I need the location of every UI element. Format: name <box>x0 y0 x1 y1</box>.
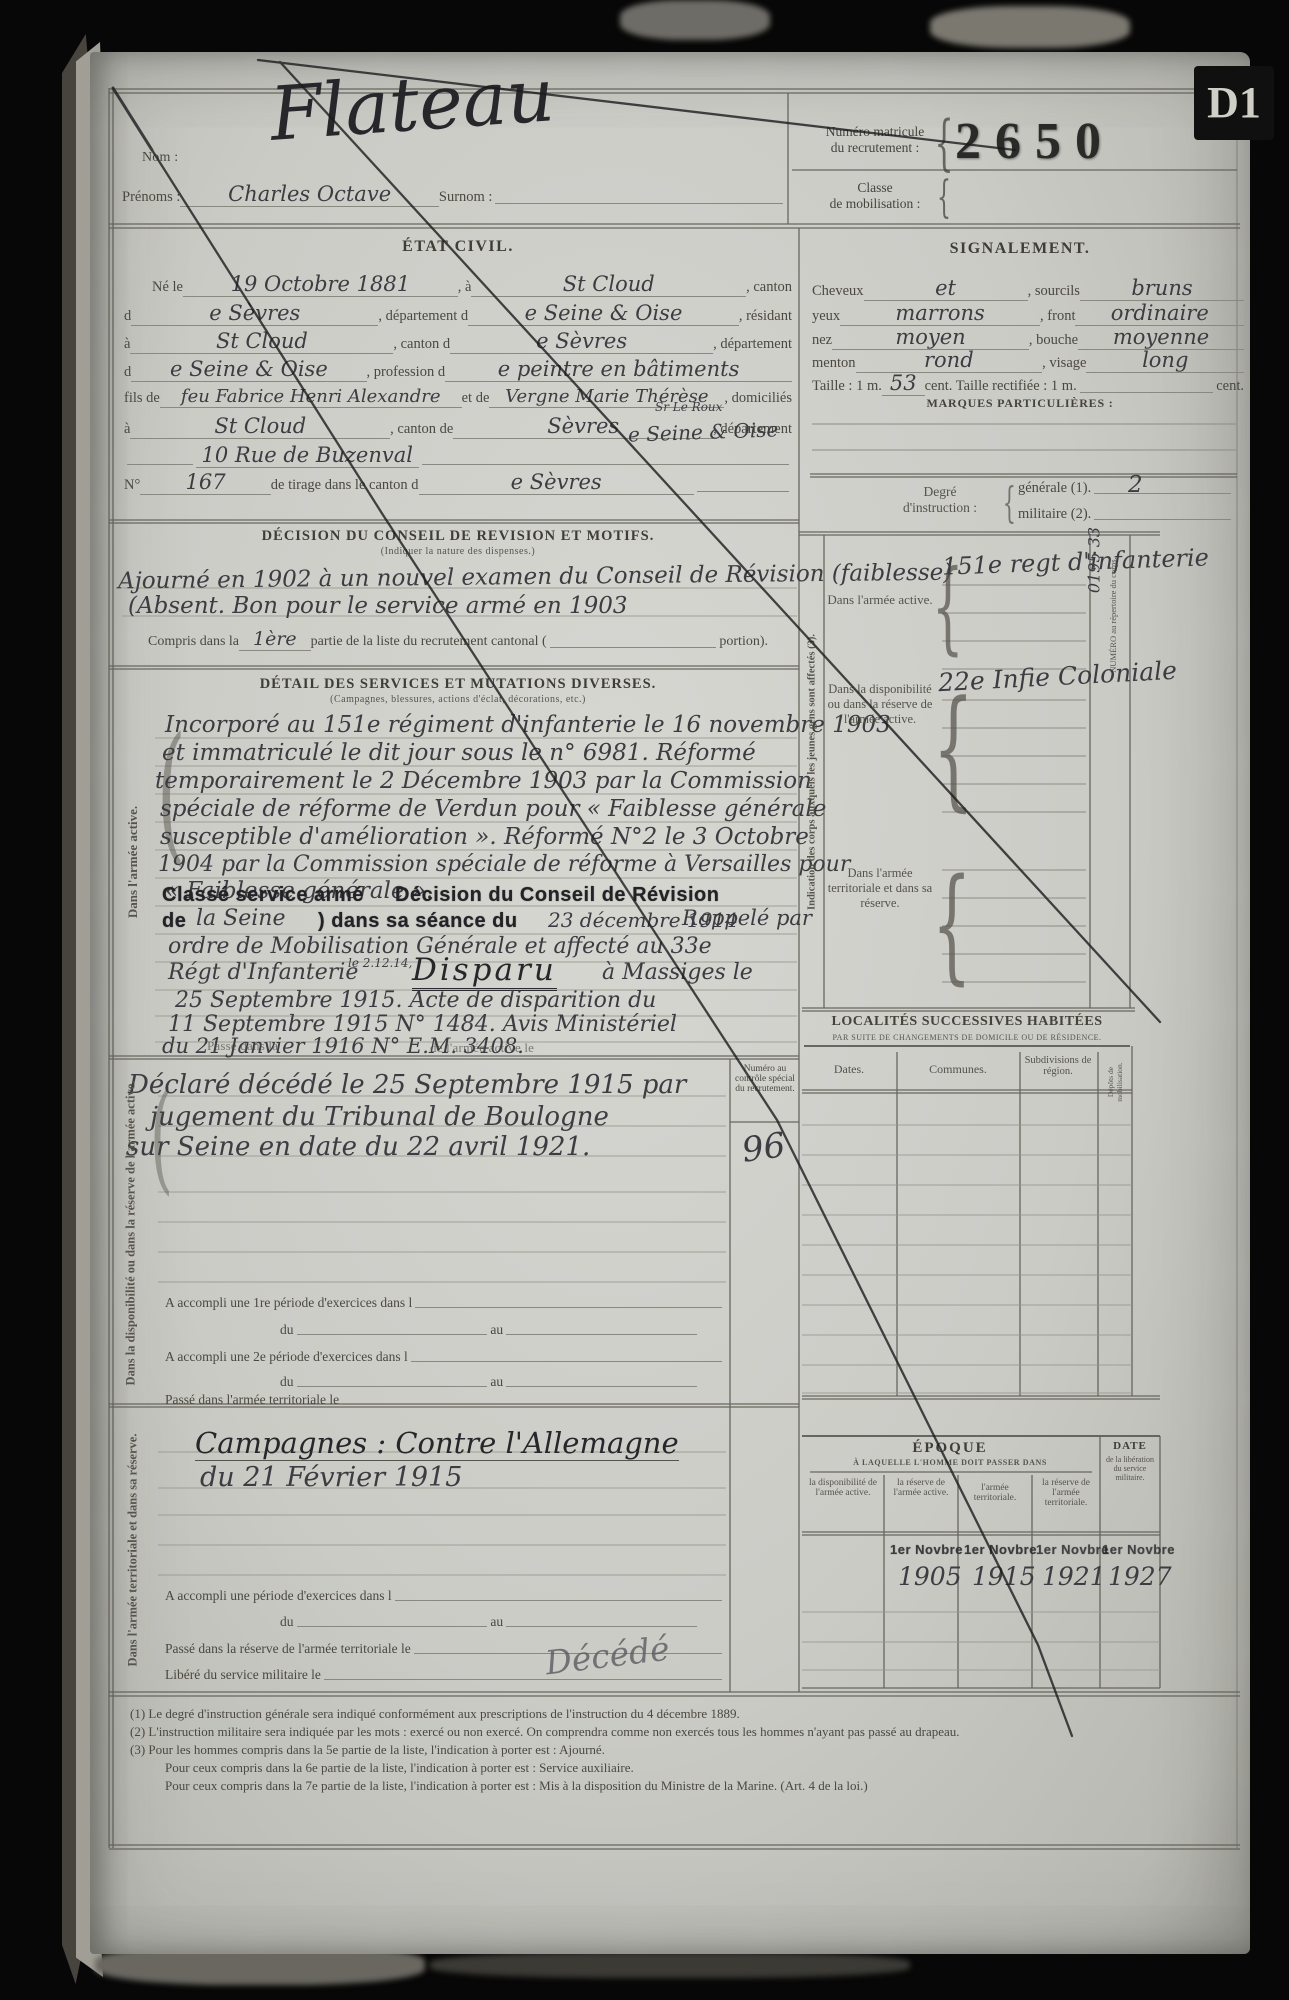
du-label: du <box>280 1374 294 1390</box>
street-blank <box>422 464 789 465</box>
degre-militaire-label: militaire (2). <box>1018 506 1091 523</box>
regiment-note: le 2.12.14, <box>348 956 412 970</box>
birth-date: 19 Octobre 1881 <box>183 272 458 297</box>
street-row: 10 Rue de Buzenval <box>124 443 792 468</box>
departement-value: e Seine & Oise <box>468 301 739 326</box>
epoque-title: ÉPOQUE <box>830 1440 1070 1457</box>
passe-reserve-label: Passé dans la réserve de l'armée territo… <box>165 1641 411 1657</box>
margin-disponibilite: Dans la disponibilité ou dans la réserve… <box>124 1068 139 1398</box>
departement-value: e Seine & Oise <box>131 357 366 382</box>
controle-special-value: 96 <box>739 1125 787 1171</box>
localites-col-communes: Communes. <box>899 1062 1017 1077</box>
novembre-stamp-2: 1er Novbre <box>964 1542 1037 1557</box>
footnote-4: Pour ceux compris dans la 6e partie de l… <box>165 1760 634 1776</box>
periode-2-dates-row: du au <box>280 1374 700 1390</box>
periode-2-row: A accompli une 2e période d'exercices da… <box>165 1349 725 1365</box>
cent-label: cent. <box>1216 378 1244 395</box>
regiment-line: Régt d'Infanterie <box>168 960 358 985</box>
periode-1-row: A accompli une 1re période d'exercices d… <box>165 1295 725 1311</box>
domicile-value: St Cloud <box>130 414 390 439</box>
localites-col-depots: Dépôts de mobilisation. <box>1106 1052 1124 1112</box>
menton-value: rond <box>856 348 1043 373</box>
du-label: du <box>280 1322 294 1338</box>
compris-value: 1ère <box>239 628 311 651</box>
passe-armee-active-label-1: Passé dans la <box>207 1038 278 1054</box>
degre-label: Degréd'instruction : <box>880 484 1000 516</box>
passage-year-1915: 1915 <box>972 1562 1036 1591</box>
date-liberation-subtitle: de la libération du service militaire. <box>1103 1455 1157 1482</box>
nez-value: moyen <box>832 325 1029 350</box>
du-blank <box>297 1626 488 1627</box>
departement-note: Sr Le Roux <box>655 400 722 414</box>
canton-label: , canton de <box>390 421 453 438</box>
margin-territoriale: Dans l'armée territoriale et dans sa rés… <box>126 1415 141 1685</box>
classe-service-arme-stamp: Classé service armé <box>162 884 364 907</box>
numero-label: N° <box>124 477 140 494</box>
ne-le-label: Né le <box>152 279 183 296</box>
du-label: du <box>280 1614 294 1630</box>
periode-2-blank <box>411 1361 722 1362</box>
services-line-1: Incorporé au 151e régiment d'infanterie … <box>165 712 891 738</box>
decision-subtitle: (Indiquer la nature des dispenses.) <box>258 546 658 557</box>
taille-rectifiee-blank <box>1080 392 1214 393</box>
d-label: d <box>124 364 131 381</box>
d-label: d <box>124 308 131 325</box>
novembre-stamp-1: 1er Novbre <box>890 1542 963 1557</box>
tirage-row: N° 167 de tirage dans le canton d e Sèvr… <box>124 470 792 495</box>
canton-row: d e Sèvres , département d e Seine & Ois… <box>124 301 792 326</box>
prenoms-label: Prénoms : <box>122 189 180 206</box>
canton-label: , canton d <box>393 336 450 353</box>
detail-title: DÉTAIL DES SERVICES ET MUTATIONS DIVERSE… <box>158 676 758 693</box>
disparu-word: Disparu <box>412 952 557 991</box>
yeux-label: yeux <box>812 308 840 325</box>
menton-label: menton <box>812 355 856 372</box>
epoque-col-3: l'armée territoriale. <box>960 1483 1030 1503</box>
etat-civil-title: ÉTAT CIVIL. <box>308 238 608 256</box>
au-blank <box>506 1626 697 1627</box>
street-blank <box>127 464 193 465</box>
birth-row: Né le 19 Octobre 1881 , à St Cloud , can… <box>152 272 792 297</box>
marques-label: MARQUES PARTICULIÈRES : <box>860 396 1180 411</box>
liberation-year-1927: 1927 <box>1108 1562 1172 1591</box>
controle-special-label: Numéro au contrôle spécial du recrutemen… <box>733 1064 797 1094</box>
localites-col-dates: Dates. <box>804 1062 894 1077</box>
et-de-label: et de <box>462 390 490 407</box>
epoque-col-4: la réserve de l'armée territoriale. <box>1034 1478 1098 1508</box>
localites-col-subdivisions: Subdivisions de région. <box>1020 1055 1096 1077</box>
au-blank <box>506 1334 697 1335</box>
residence-value: St Cloud <box>130 329 393 354</box>
yeux-row: yeux marrons , front ordinaire <box>812 301 1244 326</box>
footnote-2: (2) L'instruction militaire sera indiqué… <box>130 1724 960 1740</box>
campagne-dates-row: du au <box>280 1614 700 1630</box>
departement-label: , département d <box>378 308 468 325</box>
massiges-line: à Massiges le <box>602 960 753 985</box>
margin-armee-active: Dans l'armée active. <box>125 682 141 1042</box>
libere-label: Libéré du service militaire le <box>165 1667 321 1683</box>
au-blank <box>506 1386 697 1387</box>
departement-label: , département <box>713 336 792 353</box>
seine-value: la Seine <box>196 906 285 931</box>
canton-label: , canton <box>746 279 792 296</box>
decision-line-2: (Absent. Bon pour le service armé en 190… <box>128 593 628 619</box>
degre-generale-value: 2 <box>1128 472 1143 498</box>
degre-militaire-row: militaire (2). <box>1018 506 1234 523</box>
footnote-3: (3) Pour les hommes compris dans la 5e p… <box>130 1742 605 1758</box>
passe-territoriale-label: Passé dans l'armée territoriale le <box>165 1392 339 1408</box>
compris-row: Compris dans la 1ère partie de la liste … <box>148 628 768 651</box>
periode-1-dates-row: du au <box>280 1322 700 1338</box>
services-line-4: spéciale de réforme de Verdun pour « Fai… <box>160 796 826 822</box>
tirage-label: de tirage dans le canton d <box>271 477 419 494</box>
services-line-6: 1904 par la Commission spéciale de réfor… <box>158 852 850 877</box>
corps-side-note: Indication des corps auxquels les jeunes… <box>807 537 818 1007</box>
compris-mid-label: partie de la liste du recrutement canton… <box>311 634 547 650</box>
passe-territoriale-row: Passé dans l'armée territoriale le <box>165 1392 725 1408</box>
bouche-label: , bouche <box>1029 332 1078 349</box>
canton-value: e Sèvres <box>450 329 713 354</box>
campagne-periode-blank <box>395 1600 722 1601</box>
domicilies-label: , domiciliés <box>724 390 792 407</box>
surnom-label: Surnom : <box>439 189 493 206</box>
residence-row: à St Cloud , canton d e Sèvres , départe… <box>124 329 792 354</box>
services-line-2: et immatriculé le dit jour sous le n° 69… <box>162 740 756 766</box>
degre-generale-blank <box>1094 493 1231 494</box>
street-value: 10 Rue de Buzenval <box>196 443 419 468</box>
territoriale-brace: { <box>932 852 972 997</box>
passage-year-1921: 1921 <box>1042 1562 1106 1591</box>
campagnes-line-2: du 21 Février 1915 <box>200 1462 462 1493</box>
sourcils-label: , sourcils <box>1028 283 1080 300</box>
register-corner-label: D1 <box>1194 66 1274 140</box>
matricule-brace: { <box>935 108 954 178</box>
cheveux-row: Cheveux et , sourcils bruns <box>812 276 1244 301</box>
surnom-blank <box>495 203 783 204</box>
disponibilite-row-label: Dans la disponibilité ou dans la réserve… <box>826 682 934 727</box>
prenoms-row: Prénoms : Charles Octave Surnom : <box>122 182 786 207</box>
tirage-canton: e Sèvres <box>419 470 694 495</box>
taille-label: Taille : 1 m. <box>812 378 882 395</box>
periode-2-label: A accompli une 2e période d'exercices da… <box>165 1349 408 1365</box>
deces-line-2: jugement du Tribunal de Boulogne <box>150 1102 609 1132</box>
services-line-3: temporairement le 2 Décembre 1903 par la… <box>155 768 812 794</box>
profession-label: , profession d <box>367 364 446 381</box>
au-label: au <box>490 1374 503 1390</box>
localites-title: LOCALITÉS SUCCESSIVES HABITÉES <box>812 1014 1122 1030</box>
disparition-date-line: 25 Septembre 1915. Acte de disparition d… <box>175 988 656 1013</box>
cheveux-value: et <box>864 276 1028 301</box>
du-blank <box>297 1386 488 1387</box>
visage-label: , visage <box>1042 355 1086 372</box>
territoriale-row-label: Dans l'armée territoriale et dans sa rés… <box>826 866 934 911</box>
degre-generale-label: générale (1). <box>1018 480 1091 497</box>
du-blank <box>297 1334 488 1335</box>
campagne-periode-label: A accompli une période d'exercices dans … <box>165 1588 392 1604</box>
sourcils-value: bruns <box>1080 276 1244 301</box>
passe-armee-active-label-2: de l'armée active le <box>430 1040 534 1056</box>
matricule-value: 2650 <box>955 112 1115 171</box>
au-label: au <box>490 1322 503 1338</box>
a-label: , à <box>458 279 472 296</box>
novembre-stamp-3: 1er Novbre <box>1036 1542 1109 1557</box>
nez-label: nez <box>812 332 832 349</box>
date-liberation-title: DATE <box>1102 1440 1158 1452</box>
conseil-revision-stamp: Décision du Conseil de Révision <box>395 884 719 907</box>
profession-row: d e Seine & Oise , profession d e peintr… <box>124 357 792 382</box>
profession-value: e peintre en bâtiments <box>445 357 792 382</box>
signalement-title: SIGNALEMENT. <box>880 240 1160 258</box>
cheveux-label: Cheveux <box>812 283 864 300</box>
bouche-value: moyenne <box>1078 325 1244 350</box>
campagnes-line-1: Campagnes : Contre l'Allemagne <box>195 1426 679 1461</box>
classe-label: Classede mobilisation : <box>810 180 940 212</box>
nom-label: Nom : <box>142 150 178 166</box>
menton-row: menton rond , visage long <box>812 348 1244 373</box>
degre-generale-row: générale (1). <box>1018 480 1234 497</box>
passe-territoriale-blank <box>342 1404 722 1405</box>
canton-value: e Sèvres <box>131 301 378 326</box>
periode-1-label: A accompli une 1re période d'exercices d… <box>165 1295 412 1311</box>
localites-subtitle: PAR SUITE DE CHANGEMENTS DE DOMICILE OU … <box>812 1033 1122 1042</box>
seance-stamp: ) dans sa séance du <box>318 910 518 933</box>
epoque-col-1: la disponibilité de l'armée active. <box>804 1478 882 1498</box>
services-line-5: susceptible d'amélioration ». Réformé N°… <box>160 824 809 850</box>
father-name: feu Fabrice Henri Alexandre <box>160 386 462 408</box>
front-value: ordinaire <box>1075 301 1244 326</box>
prenoms-value: Charles Octave <box>180 182 438 207</box>
nez-row: nez moyen , bouche moyenne <box>812 325 1244 350</box>
front-label: , front <box>1040 308 1075 325</box>
deces-line-1: Déclaré décédé le 25 Septembre 1915 par <box>128 1070 686 1100</box>
degre-militaire-blank <box>1094 519 1231 520</box>
novembre-stamp-4: 1er Novbre <box>1102 1542 1175 1557</box>
taille-rectifiee-label: cent. Taille rectifiée : 1 m. <box>925 378 1077 395</box>
residant-label: , résidant <box>739 308 792 325</box>
compris-label: Compris dans la <box>148 634 239 650</box>
taille-value: 53 <box>882 371 925 396</box>
periode-1-blank <box>415 1307 722 1308</box>
taille-row: Taille : 1 m. 53 cent. Taille rectifiée … <box>812 371 1244 396</box>
armee-active-row-label: Dans l'armée active. <box>826 592 934 608</box>
detail-subtitle: (Campagnes, blessures, actions d'éclat, … <box>208 694 708 705</box>
yeux-value: marrons <box>840 301 1040 326</box>
degre-brace: { <box>1003 478 1016 527</box>
portion-blank <box>550 647 717 648</box>
libere-blank <box>324 1679 722 1680</box>
visage-value: long <box>1086 348 1244 373</box>
rappele-par: Rappelé par <box>682 906 812 930</box>
footnote-1: (1) Le degré d'instruction générale sera… <box>130 1706 740 1722</box>
fils-de-label: fils de <box>124 390 160 407</box>
tirage-blank <box>697 491 789 492</box>
tirage-number: 167 <box>140 470 270 495</box>
de-stamp: de <box>162 910 186 933</box>
deces-line-3: sur Seine en date du 22 avril 1921. <box>126 1132 590 1162</box>
scanned-military-register-page: Nom : Flateau Prénoms : Charles Octave S… <box>0 0 1289 2000</box>
campagne-periode-row: A accompli une période d'exercices dans … <box>165 1588 725 1604</box>
decision-title: DÉCISION DU CONSEIL DE REVISION ET MOTIF… <box>158 528 758 545</box>
birth-place: St Cloud <box>471 272 746 297</box>
matricule-label: Numéro matriculedu recrutement : <box>800 124 950 156</box>
epoque-subtitle: À LAQUELLE L'HOMME DOIT PASSER DANS <box>818 1458 1082 1467</box>
au-label: au <box>490 1614 503 1630</box>
epoque-col-2: la réserve de l'armée active. <box>886 1478 956 1498</box>
portion-label: portion). <box>719 634 768 650</box>
passage-year-1905: 1905 <box>898 1562 962 1591</box>
footnote-5: Pour ceux compris dans la 7e partie de l… <box>165 1778 868 1794</box>
classe-brace: { <box>937 172 951 223</box>
